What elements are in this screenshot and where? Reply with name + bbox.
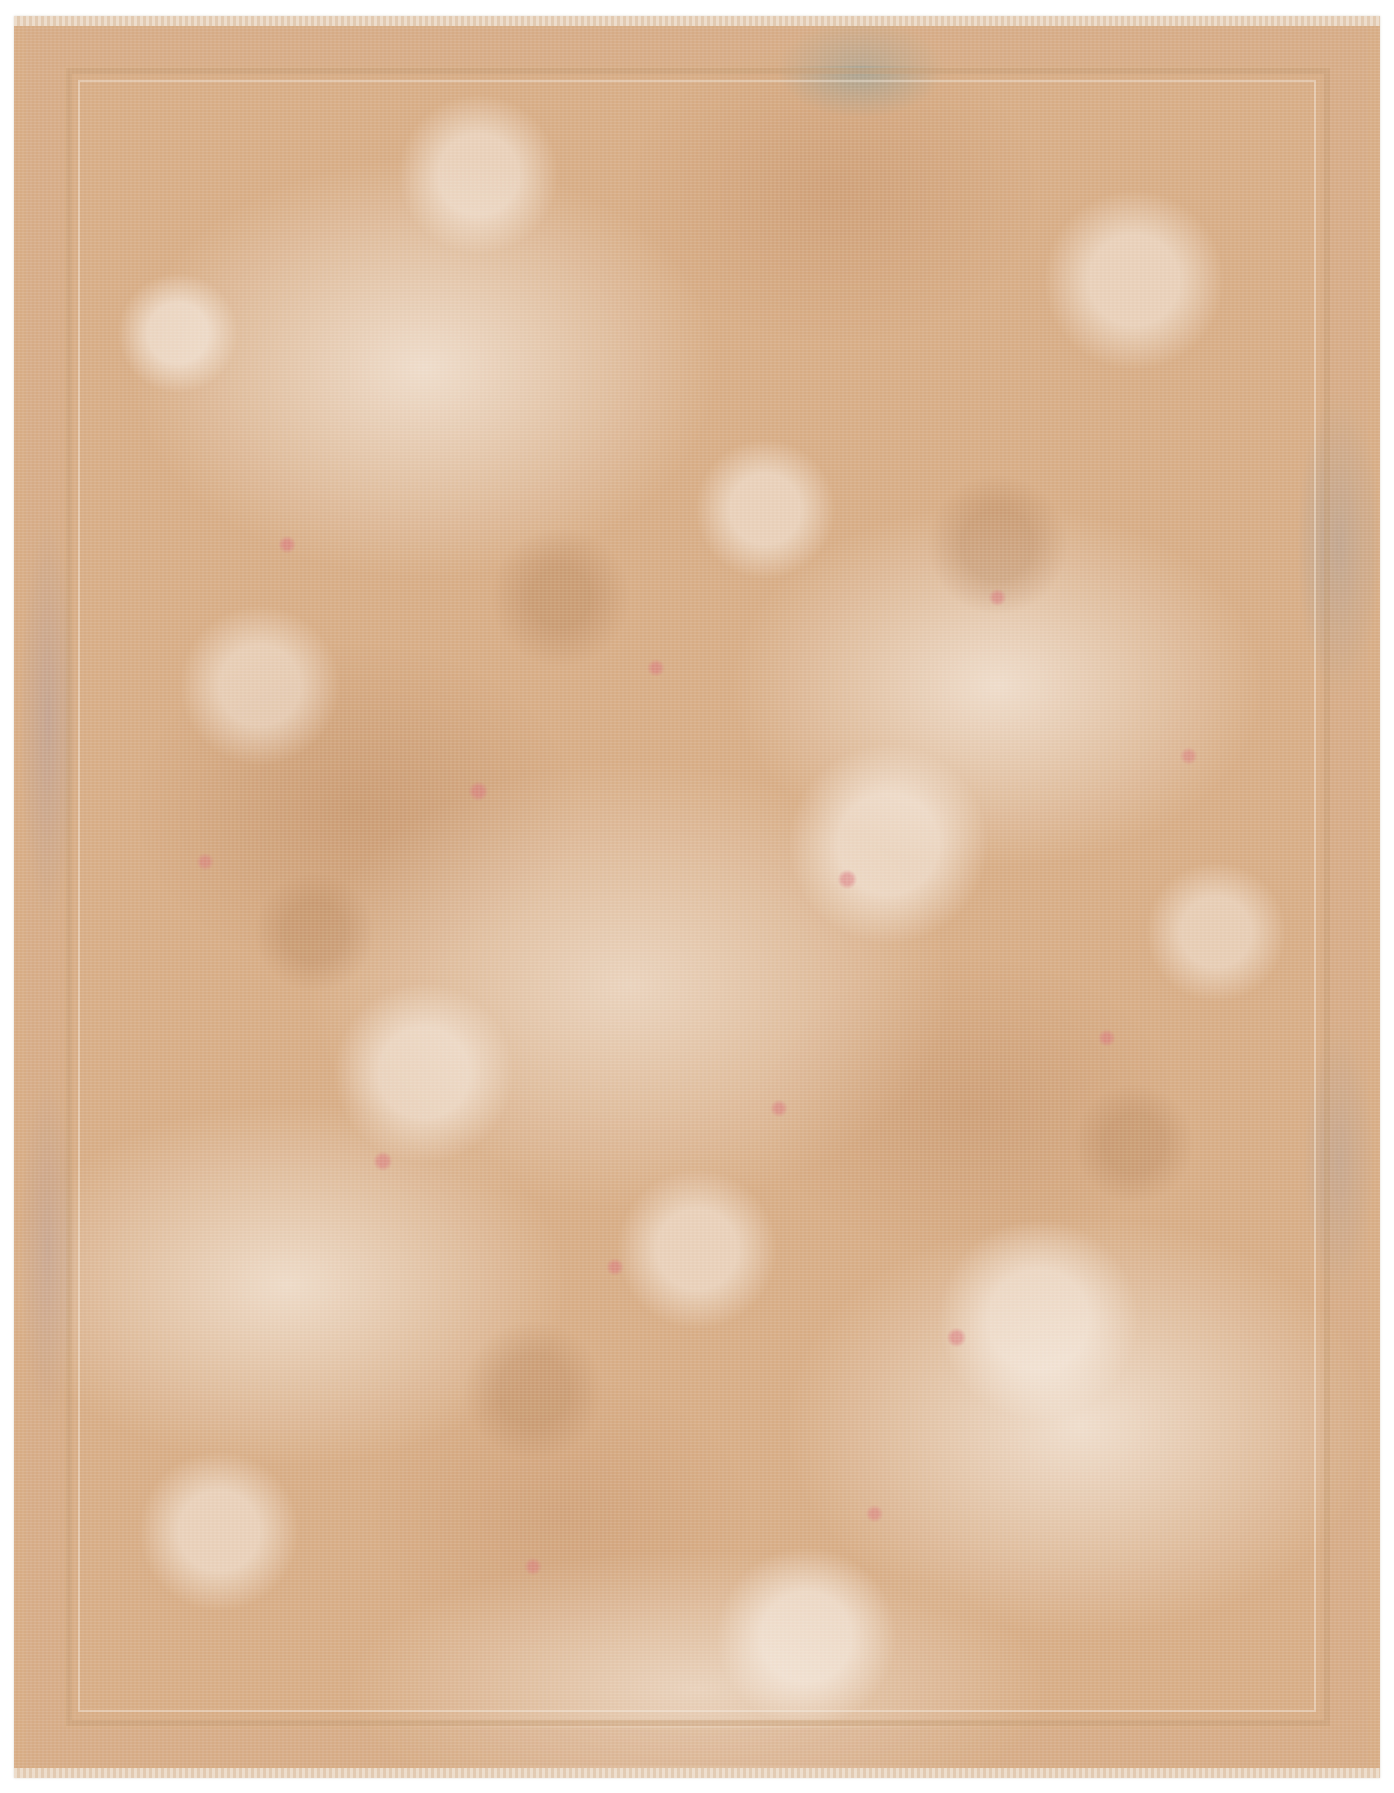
rug-fringe-bottom [14,1768,1380,1778]
image-canvas [0,0,1394,1793]
rug-weave-texture [14,16,1380,1778]
rug-fringe-top [14,16,1380,26]
vintage-rug [14,16,1380,1778]
